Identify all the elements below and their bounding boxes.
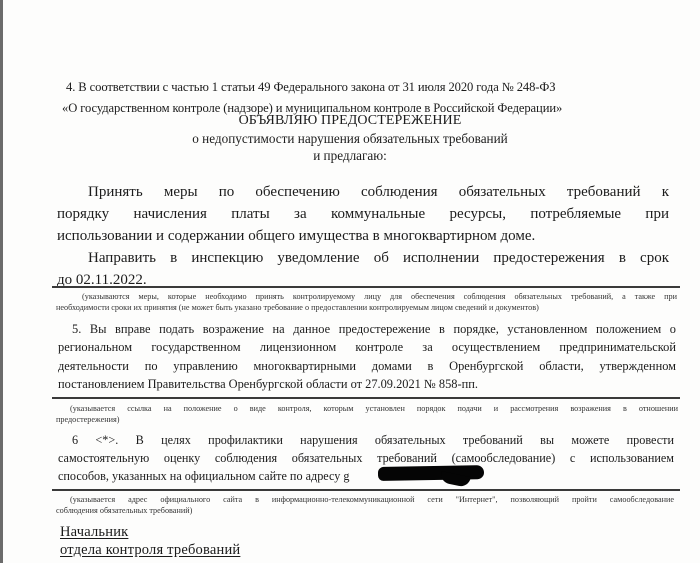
notify-line-1: Направить в инспекцию уведомление об исп… <box>88 247 669 269</box>
paragraph-4-line-1: 4. В соответствии с частью 1 статьи 49 Ф… <box>62 77 562 98</box>
separator-line <box>52 489 680 491</box>
scanned-document-page: 4. В соответствии с частью 1 статьи 49 Ф… <box>0 0 700 563</box>
warning-subtitle-line-1: о недопустимости нарушения обязательных … <box>0 131 700 147</box>
paragraph-5-footnote-line-1: (указывается ссылка на положение о виде … <box>70 403 678 414</box>
paragraph-6-line-1: 6 <*>. В целях профилактики нарушения об… <box>72 431 674 450</box>
separator-line <box>52 397 680 399</box>
notify-line-2: до 02.11.2022. <box>57 269 669 291</box>
warning-title: ОБЪЯВЛЯЮ ПРЕДОСТЕРЕЖЕНИЕ <box>0 113 700 129</box>
paragraph-5-line-4: постановлением Правительства Оренбургско… <box>58 375 676 394</box>
measures-footnote-line-2: необходимости сроки их принятия (не може… <box>56 302 676 313</box>
measures-line-3: использовании и содержании общего имущес… <box>57 225 669 247</box>
paragraph-5-line-3: деятельности по управлению многоквартирн… <box>58 357 676 376</box>
signature-position-line-1: Начальник <box>60 524 128 541</box>
paragraph-5-footnote-line-2: предостережения) <box>56 414 676 425</box>
paragraph-6-footnote-line-1: (указывается адрес официального сайта в … <box>70 494 674 505</box>
paragraph-5-line-1: 5. Вы вправе подать возражение на данное… <box>72 320 676 339</box>
signature-position-line-2: отдела контроля требований <box>60 542 240 559</box>
paragraph-6-footnote-line-2: соблюдения обязательных требований) <box>56 505 676 516</box>
paragraph-5-line-2: региональном государственном лицензионно… <box>58 338 676 357</box>
warning-subtitle-line-2: и предлагаю: <box>0 148 700 164</box>
separator-line <box>52 286 680 288</box>
paragraph-6-line-3: способов, указанных на официальном сайте… <box>58 467 674 486</box>
measures-line-2: порядку начисления платы за коммунальные… <box>57 203 669 225</box>
measures-line-1: Принять меры по обеспечению соблюдения о… <box>88 181 669 203</box>
measures-footnote-line-1: (указываются меры, которые необходимо пр… <box>82 291 677 302</box>
paragraph-6-line-2: самостоятельную оценку соблюдения обязат… <box>58 449 674 468</box>
